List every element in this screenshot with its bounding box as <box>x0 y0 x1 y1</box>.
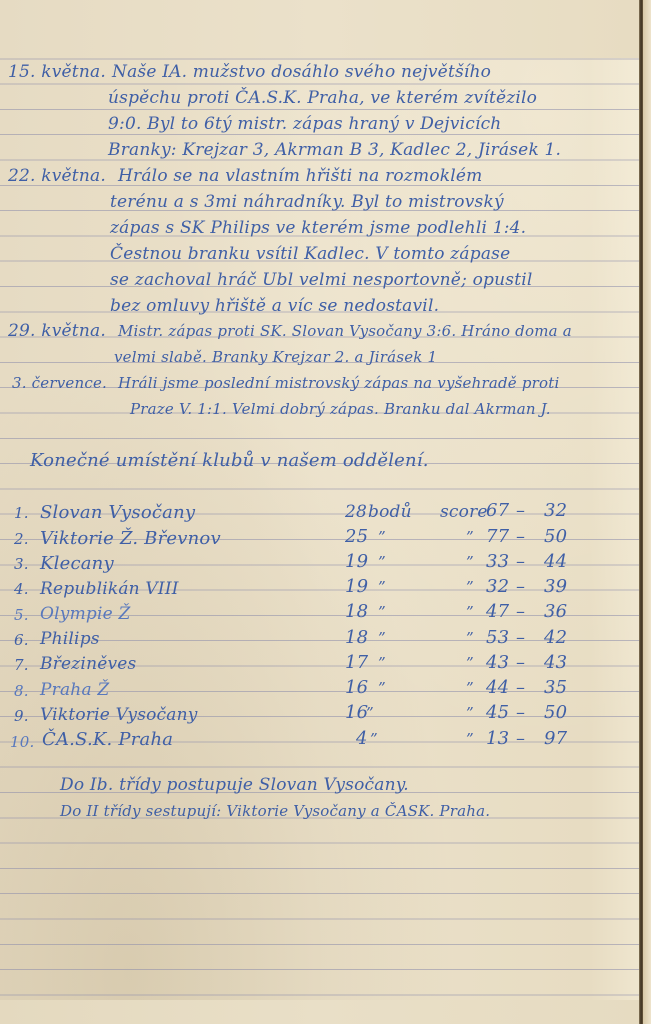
entry-line: Hráli jsme poslední mistrovský zápas na … <box>118 374 559 392</box>
ditto-mark: ” <box>466 528 474 546</box>
team-name: Slovan Vysočany <box>40 502 195 523</box>
points: 25 <box>345 526 368 547</box>
entry-date: 3. července. <box>12 374 107 392</box>
goals-for: 33 <box>486 551 509 572</box>
ditto-mark: ” <box>466 603 474 621</box>
entry-line: Naše IA. mužstvo dosáhlo svého největšíh… <box>112 62 491 82</box>
rank: 6. <box>14 631 29 649</box>
ditto-mark: ” <box>466 654 474 672</box>
ditto-mark: ” <box>378 629 386 647</box>
ditto-mark: ” <box>378 679 386 697</box>
ditto-mark: ” <box>378 654 386 672</box>
notebook-page: 15. května. Naše IA. mužstvo dosáhlo své… <box>0 0 641 1024</box>
rank: 1. <box>14 504 29 522</box>
score-dash: – <box>516 601 525 622</box>
entry-line: Mistr. zápas proti SK. Slovan Vysočany 3… <box>118 322 572 340</box>
rank: 2. <box>14 530 29 548</box>
ditto-mark: ” <box>378 578 386 596</box>
ditto-mark: ” <box>466 730 474 748</box>
ditto-mark: ” <box>366 704 374 722</box>
goals-for: 13 <box>486 728 509 749</box>
ditto-mark: ” <box>378 603 386 621</box>
score-dash: – <box>516 551 525 572</box>
ditto-mark: ” <box>466 629 474 647</box>
goals-against: 97 <box>544 728 567 749</box>
ditto-mark: ” <box>378 528 386 546</box>
ditto-mark: ” <box>378 553 386 571</box>
entry-line: zápas s SK Philips ve kterém jsme podleh… <box>110 218 526 238</box>
promotion-note: Do Ib. třídy postupuje Slovan Vysočany. <box>60 775 409 795</box>
goals-for: 77 <box>486 526 509 547</box>
score-dash: – <box>516 652 525 673</box>
score-dash: – <box>516 677 525 698</box>
entry-line: terénu a s 3mi náhradníky. Byl to mistro… <box>110 192 504 212</box>
goals-for: 53 <box>486 627 509 648</box>
goals-against: 42 <box>544 627 567 648</box>
team-name: Klecany <box>40 553 114 574</box>
rank: 10. <box>10 733 34 751</box>
team-name: ČA.S.K. Praha <box>42 729 173 750</box>
goals-against: 50 <box>544 702 567 723</box>
team-name: Viktorie Vysočany <box>40 705 198 725</box>
points: 4 <box>356 728 368 749</box>
team-name: Republikán VIII <box>40 579 179 599</box>
bottom-margin <box>0 1000 641 1024</box>
points: 18 <box>345 601 368 622</box>
goals-against: 43 <box>544 652 567 673</box>
score-label: score <box>440 502 488 522</box>
ditto-mark: ” <box>466 704 474 722</box>
points: 17 <box>345 652 368 673</box>
goals-against: 35 <box>544 677 567 698</box>
goals-for: 32 <box>486 576 509 597</box>
points: 19 <box>345 551 368 572</box>
points: 16 <box>345 677 368 698</box>
entry-line: 9:0. Byl to 6tý mistr. zápas hraný v Dej… <box>108 114 501 134</box>
team-name: Praha Ž <box>40 680 109 700</box>
team-name: Olympie Ž <box>40 604 131 624</box>
score-dash: – <box>516 526 525 547</box>
goals-against: 39 <box>544 576 567 597</box>
entry-line: úspěchu proti ČA.S.K. Praha, ve kterém z… <box>108 88 537 108</box>
points: 19 <box>345 576 368 597</box>
points: 16 <box>345 702 368 723</box>
entry-date: 15. května. <box>8 62 106 82</box>
entry-line: bez omluvy hřiště a víc se nedostavil. <box>110 296 439 316</box>
rank: 3. <box>14 555 29 573</box>
goals-for: 43 <box>486 652 509 673</box>
goals-for: 44 <box>486 677 509 698</box>
score-dash: – <box>516 500 525 521</box>
entry-line: Hrálo se na vlastním hřišti na rozmoklém <box>118 166 482 186</box>
entry-date: 29. května. <box>8 321 106 341</box>
score-dash: – <box>516 728 525 749</box>
relegation-note: Do II třídy sestupují: Viktorie Vysočany… <box>60 802 490 820</box>
ditto-mark: ” <box>370 730 378 748</box>
ditto-mark: ” <box>466 553 474 571</box>
rank: 9. <box>14 707 29 725</box>
rank: 7. <box>14 656 29 674</box>
points-unit: bodů <box>368 502 412 522</box>
points: 28 <box>345 502 367 522</box>
team-name: Viktorie Ž. Břevnov <box>40 528 221 549</box>
team-name: Philips <box>40 629 100 649</box>
goals-against: 36 <box>544 601 567 622</box>
score-dash: – <box>516 627 525 648</box>
score-dash: – <box>516 576 525 597</box>
entry-line: Čestnou branku vsítil Kadlec. V tomto zá… <box>110 244 510 264</box>
entry-line: Praze V. 1:1. Velmi dobrý zápas. Branku … <box>130 400 551 418</box>
rank: 8. <box>14 682 29 700</box>
rank: 5. <box>14 606 29 624</box>
team-name: Březiněves <box>40 654 136 674</box>
goals-against: 50 <box>544 526 567 547</box>
rank: 4. <box>14 580 29 598</box>
points: 18 <box>345 627 368 648</box>
ditto-mark: ” <box>466 578 474 596</box>
standings-heading: Konečné umístění klubů v našem oddělení. <box>30 450 429 471</box>
top-margin <box>0 0 641 58</box>
score-dash: – <box>516 702 525 723</box>
entry-date: 22. května. <box>8 166 106 186</box>
entry-line: Branky: Krejzar 3, Akrman B 3, Kadlec 2,… <box>108 140 561 160</box>
goals-for: 47 <box>486 601 509 622</box>
ditto-mark: ” <box>466 679 474 697</box>
adjacent-page-edge <box>643 0 651 1024</box>
entry-line: velmi slabě. Branky Krejzar 2. a Jirásek… <box>114 348 437 366</box>
goals-against: 44 <box>544 551 567 572</box>
entry-line: se zachoval hráč Ubl velmi nesportovně; … <box>110 270 533 290</box>
goals-for: 45 <box>486 702 509 723</box>
goals-for: 67 <box>486 500 509 521</box>
goals-against: 32 <box>544 500 567 521</box>
